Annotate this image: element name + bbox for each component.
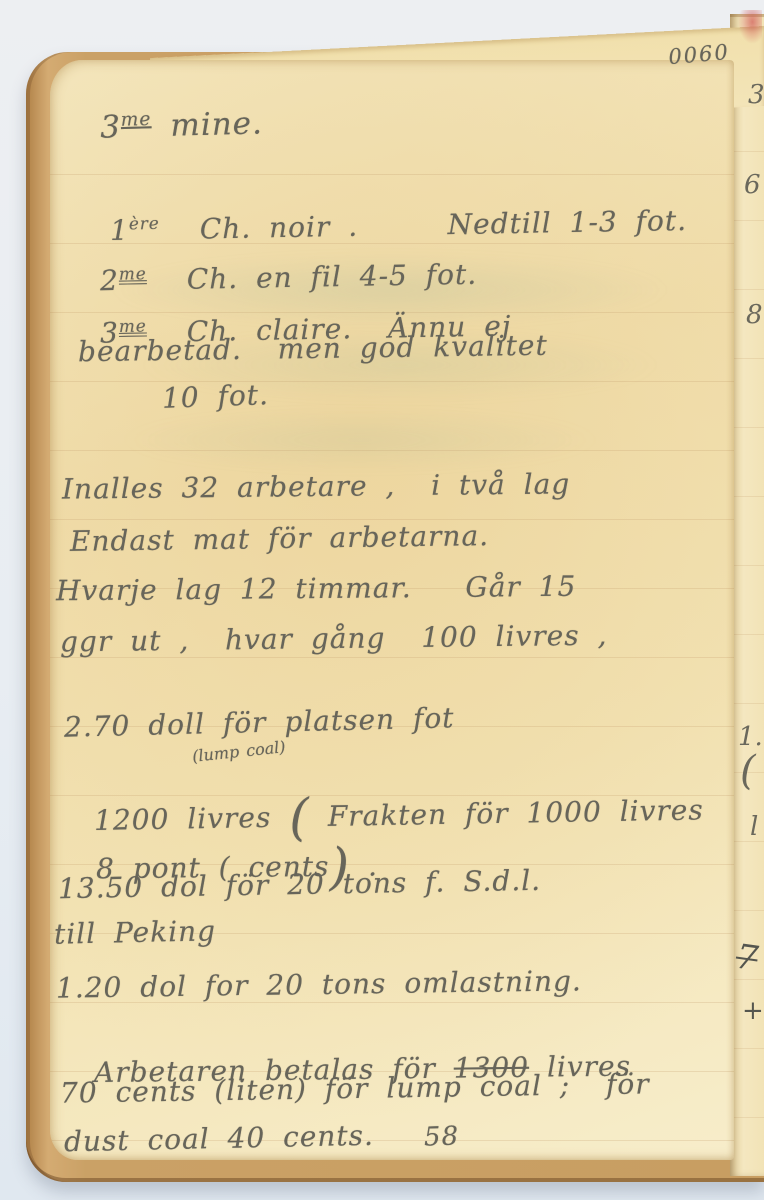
- note-line-level-3-cont2: 10 fot.: [161, 378, 269, 415]
- scan-number: 0060: [632, 16, 731, 72]
- page-number: 58: [423, 1121, 459, 1152]
- red-pencil-mark: [738, 10, 762, 44]
- next-page-text-fragment: 6: [744, 170, 761, 200]
- note-line-level-3-cont: bearbetad. men god kvalitet: [78, 329, 548, 369]
- next-page-text-fragment: (: [740, 748, 756, 794]
- note-line-workers-1: Inalles 32 arbetare , i två lag: [62, 467, 571, 505]
- next-page-text-fragment: l: [750, 812, 758, 842]
- note-line-workers-4: ggr ut , hvar gång 100 livres ,: [60, 619, 608, 659]
- note-line-cost-5: till Peking: [54, 914, 217, 950]
- next-page-text-fragment: 8: [746, 300, 763, 330]
- note-line-cost-9: dust coal 40 cents.: [64, 1119, 375, 1158]
- title-ordinal-suffix: me: [120, 109, 151, 131]
- next-page-text-fragment: +: [742, 996, 764, 1026]
- note-line-workers-3: Hvarje lag 12 timmar. Går 15: [56, 570, 577, 608]
- page-title: 3me mine.: [61, 69, 263, 146]
- note-line-workers-2: Endast mat för arbetarna.: [70, 519, 489, 558]
- next-page-text-fragment: 3: [748, 80, 764, 110]
